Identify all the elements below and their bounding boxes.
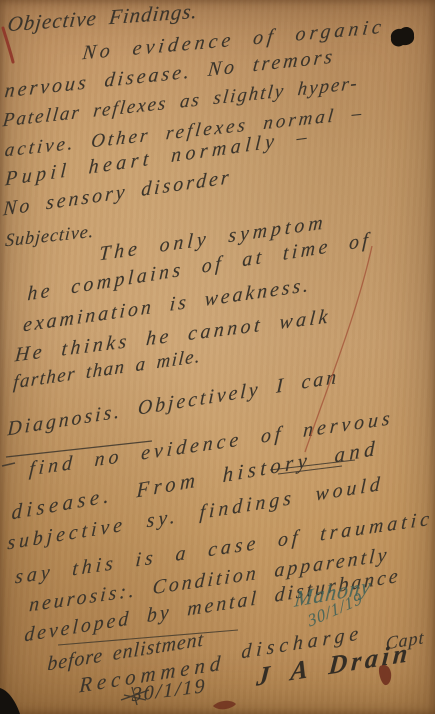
margin-dash [2,463,15,466]
underline-stroke [270,460,355,474]
cross-out-mark [121,687,149,705]
ink-blot [391,27,414,46]
red-diagonal-line [305,246,372,452]
black-corner-mark [0,688,20,714]
red-smudge [213,701,236,710]
red-smudge [379,665,391,685]
red-slash-mark [3,28,13,62]
underline-stroke [6,441,152,457]
aged-paper-page: Objective Findings. No evidence of organ… [0,0,435,714]
pen-flourish-stroke [58,630,238,645]
marks-overlay [0,0,435,714]
